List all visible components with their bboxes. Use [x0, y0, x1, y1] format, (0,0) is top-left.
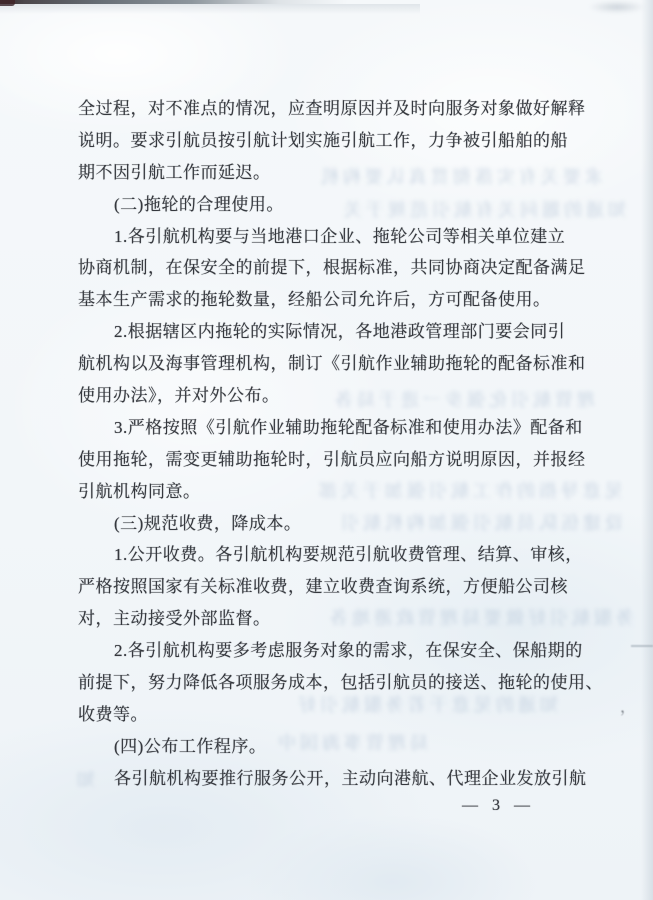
scan-stray-mark: ，: [620, 694, 636, 717]
document-line: 对，主动接受外部监督。: [78, 603, 590, 635]
document-line: 严格按照国家有关标准收费，建立收费查询系统，方便船公司核: [78, 571, 590, 603]
document-line: 使用办法》，并对外公布。: [78, 380, 590, 412]
document-heading-line: (三)规范收费，降成本。: [78, 508, 590, 540]
document-text-block: 全过程，对不准点的情况，应查明原因并及时向服务对象做好解释 说明。要求引航员按引…: [78, 93, 590, 795]
scan-artifact-dash: [631, 645, 653, 647]
document-line: 1.各引航机构要与当地港口企业、拖轮公司等相关单位建立: [78, 221, 590, 253]
page-number: — 3 —: [462, 797, 572, 815]
document-line: 说明。要求引航员按引航计划实施引航工作，力争被引船舶的船: [78, 125, 590, 157]
document-heading-line: (二)拖轮的合理使用。: [78, 189, 590, 221]
document-line: 协商机制，在保安全的前提下，根据标准，共同协商决定配备满足: [78, 252, 590, 284]
scanned-document-page: 求要关有实落彻贯真认要构机 知通的题问关有航引范规于关 理管航引化强步一进于局各…: [0, 0, 653, 900]
document-heading-line: (四)公布工作程序。: [78, 731, 590, 763]
document-line: 前提下，努力降低各项服务成本，包括引航员的接送、拖轮的使用、: [78, 667, 590, 699]
document-line: 各引航机构要推行服务公开，主动向港航、代理企业发放引航: [78, 763, 590, 795]
document-line: 使用拖轮，需变更辅助拖轮时，引航员应向船方说明原因，并报经: [78, 444, 590, 476]
document-line: 1.公开收费。各引航机构要规范引航收费管理、结算、审核，: [78, 539, 590, 571]
document-line: 全过程，对不准点的情况，应查明原因并及时向服务对象做好解释: [78, 93, 590, 125]
document-line: 2.根据辖区内拖轮的实际情况，各地港政管理部门要会同引: [78, 316, 590, 348]
document-line: 基本生产需求的拖轮数量，经船公司允许后，方可配备使用。: [78, 284, 590, 316]
document-line: 期不因引航工作而延迟。: [78, 157, 590, 189]
scan-edge-right: [641, 0, 653, 900]
document-line: 3.严格按照《引航作业辅助拖轮配备标准和使用办法》配备和: [78, 412, 590, 444]
document-line: 引航机构同意。: [78, 476, 590, 508]
document-line: 收费等。: [78, 699, 590, 731]
document-line: 航机构以及海事管理机构，制订《引航作业辅助拖轮的配备标准和: [78, 348, 590, 380]
scan-smudge: [588, 1, 646, 13]
document-line: 2.各引航机构要多考虑服务对象的需求，在保安全、保船期的: [78, 635, 590, 667]
scan-edge-shadow: [0, 4, 420, 14]
